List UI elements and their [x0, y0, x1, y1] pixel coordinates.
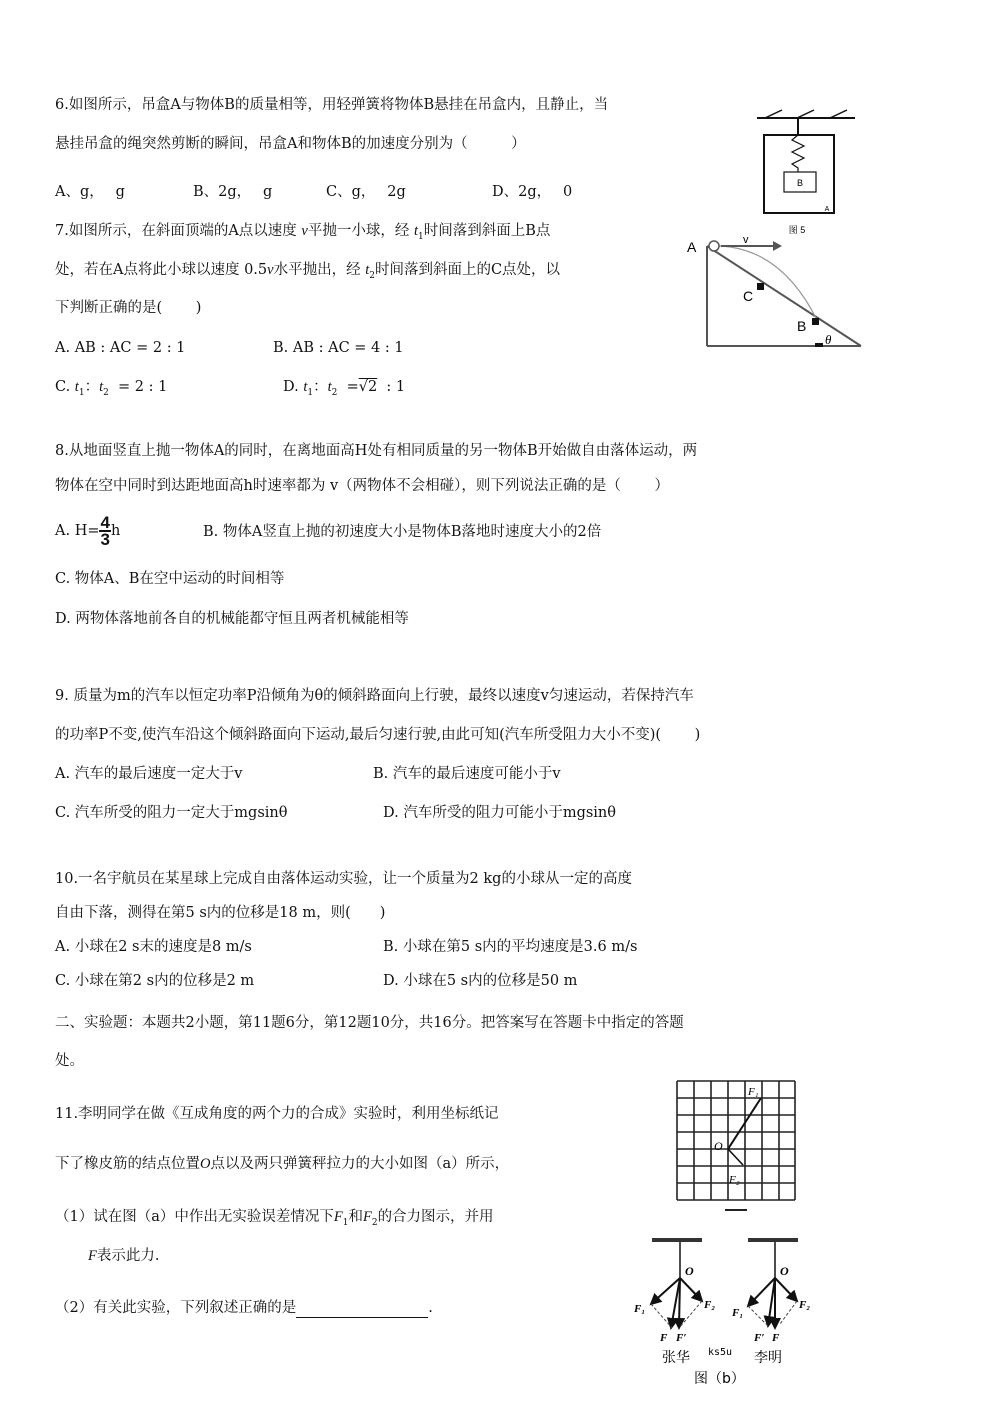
q11-and: 和: [348, 1209, 363, 1225]
q6-figure-hanging-box: B A 图 5: [755, 105, 860, 235]
q9-text-line2: 的功率P不变,使汽车沿这个倾斜路面向下运动,最后匀速行驶,由此可知(汽车所受阻力…: [55, 725, 700, 745]
q11-part1-line1: （1）试在图（a）中作出无实验误差情况下F1和F2的合力图示，并用: [55, 1207, 494, 1233]
q7-l2b: 水平抛出，经: [274, 262, 366, 278]
q6-text-line1: 6.如图所示，吊盒A与物体B的质量相等，用轻弹簧将物体B悬挂在吊盒内，且静止，当: [55, 95, 608, 115]
q8-text-line1: 8.从地面竖直上抛一物体A的同时，在离地面高H处有相同质量的另一物体B开始做自由…: [55, 441, 697, 461]
q7-fig-label-b: B: [797, 318, 806, 334]
q6-fig-block-label: B: [797, 178, 803, 188]
q10-option-a: A. 小球在2 s末的速度是8 m/s: [55, 937, 252, 957]
q11-part1-line2: F表示此力.: [88, 1246, 159, 1266]
q10-text-line1: 10.一名宇航员在某星球上完成自由落体运动实验，让一个质量为2 kg的小球从一定…: [55, 869, 632, 889]
q6-text-line2: 悬挂吊盒的绳突然剪断的瞬间，吊盒A和物体B的加速度分别为（ ）: [55, 134, 526, 154]
q11-figb-right-f2: F₂: [798, 1299, 810, 1311]
q7-optd-sqrt: √2: [359, 379, 377, 395]
q11-figb-right-fp: F′: [753, 1332, 764, 1344]
q7-optd-suffix: : 1: [386, 379, 405, 395]
q7-text-line3: 下判断正确的是( ): [55, 298, 201, 318]
q7-optd-prefix: D.: [283, 379, 299, 395]
q11-l2a: 下了橡皮筋的结点位置: [55, 1156, 200, 1172]
q7-fig-label-a: A: [687, 239, 697, 255]
q11-figb-right-f: F: [771, 1332, 780, 1344]
q11-l2b: 点以及两只弹簧秤拉力的大小如图（a）所示，: [210, 1156, 509, 1172]
q8-text-line2: 物体在空中同时到达距地面高h时速率都为 v（两物体不会相碰），则下列说法正确的是…: [55, 476, 669, 496]
q7-option-b: B. AB : AC = 4 : 1: [273, 338, 404, 358]
q11-var-f2: F: [363, 1209, 372, 1225]
q11-var-f: F: [88, 1248, 97, 1264]
q6-fig-caption: 图 5: [789, 225, 806, 235]
q11-var-o: O: [200, 1156, 210, 1172]
q6-option-a: A、g， g: [55, 182, 125, 202]
q9-text-line1: 9. 质量为m的汽车以恒定功率P沿倾角为θ的倾斜路面向上行驶，最终以速度v匀速运…: [55, 686, 694, 706]
q11-figb-left-name: 张华: [662, 1349, 690, 1366]
q7-text-line2: 处，若在A点将此小球以速度 0.5v水平抛出，经 t2时间落到斜面上的C点处，以: [55, 260, 560, 286]
q11-figb-left-f2: F₂: [703, 1299, 715, 1311]
q11-figb-right-name: 李明: [754, 1349, 782, 1366]
q7-optc-sub2: 2: [103, 388, 109, 398]
q7-optc-prefix: C.: [55, 379, 70, 395]
q11-p1a: （1）试在图（a）中作出无实验误差情况下: [55, 1209, 334, 1225]
q9-option-b: B. 汽车的最后速度可能小于v: [373, 764, 561, 784]
q10-option-b: B. 小球在第5 s内的平均速度是3.6 m/s: [383, 937, 637, 957]
q7-l2c: 时间落到斜面上的C点处，以: [375, 262, 560, 278]
q8-option-d: D. 两物体落地前各自的机械能都守恒且两者机械能相等: [55, 609, 409, 629]
q11-figb-left-fp: F′: [675, 1332, 686, 1344]
q7-fig-label-theta: θ: [825, 332, 832, 347]
q11-p1b: 的合力图示，并用: [378, 1209, 494, 1225]
section2-heading-line1: 二、实验题：本题共2小题，第11题6分，第12题10分，共16分。把答案写在答题…: [55, 1013, 684, 1033]
q10-option-d: D. 小球在5 s内的位移是50 m: [383, 971, 577, 991]
q11-p2-end: .: [428, 1300, 433, 1316]
q11-text-line2: 下了橡皮筋的结点位置O点以及两只弹簧秤拉力的大小如图（a）所示，: [55, 1154, 509, 1174]
q6-option-b: B、2g， g: [193, 182, 272, 202]
q8-option-c: C. 物体A、B在空中运动的时间相等: [55, 569, 284, 589]
q7-optc-colon: ：: [85, 379, 100, 395]
q7-l1c: 时间落到斜面上B点: [424, 223, 551, 239]
q11-figb-left-o: O: [685, 1264, 694, 1278]
q6-option-c: C、g， 2g: [326, 182, 406, 202]
q8-frac-den: 3: [99, 532, 110, 547]
q6-option-d: D、2g， 0: [492, 182, 572, 202]
q11-figa-label-f2: F₂: [728, 1174, 740, 1186]
q11-figa-label-f1: F₁: [747, 1086, 759, 1098]
q7-l1a: 7.如图所示，在斜面顶端的A点以速度: [55, 223, 301, 239]
q11-figb-right-o: O: [780, 1264, 789, 1278]
q11-figb-left-f1: F₁: [633, 1303, 645, 1315]
q7-fig-label-v: v: [743, 236, 749, 246]
q7-option-a: A. AB : AC = 2 : 1: [55, 338, 185, 358]
q7-text-line1: 7.如图所示，在斜面顶端的A点以速度 v平抛一小球，经 t1时间落到斜面上B点: [55, 221, 550, 247]
q11-p2-text: （2）有关此实验，下列叙述正确的是: [55, 1300, 296, 1316]
q7-figure-incline: A v C B θ: [685, 236, 865, 351]
q7-option-c: C. t1：t2 = 2 : 1: [55, 377, 167, 403]
q7-l1b: 平抛一小球，经: [308, 223, 414, 239]
q11-figb-right-f1: F₁: [731, 1307, 743, 1319]
q7-l2a: 处，若在A点将此小球以速度 0.5: [55, 262, 267, 278]
q11-var-f1: F: [334, 1209, 343, 1225]
q7-optd-colon: ：: [313, 379, 328, 395]
q11-text-line1: 11.李明同学在做《互成角度的两个力的合成》实验时，利用坐标纸记: [55, 1104, 499, 1124]
q6-fig-box-label: A: [825, 206, 830, 213]
section2-heading-line2: 处。: [55, 1051, 84, 1071]
q11-figb-watermark: ks5u: [708, 1347, 732, 1358]
q8-opta-fraction: 43: [99, 515, 110, 547]
q11-part2: （2）有关此实验，下列叙述正确的是.: [55, 1298, 433, 1318]
q11-figa-label-o: O: [714, 1139, 723, 1153]
q7-optc-suffix: = 2 : 1: [118, 379, 167, 395]
q10-option-c: C. 小球在第2 s内的位移是2 m: [55, 971, 254, 991]
q8-option-b: B. 物体A竖直上抛的初速度大小是物体B落地时速度大小的2倍: [203, 522, 601, 542]
q7-option-d: D. t1：t2 =√2 : 1: [283, 377, 405, 403]
q7-fig-label-c: C: [743, 288, 753, 304]
q11-figure-a-grid: F₁ O F₂: [675, 1079, 800, 1219]
q8-opta-suffix: h: [111, 523, 120, 539]
q11-figure-b: O F₁ F₂ F F′ 张华 O F₁ F₂ F′ F 李明 ks5u 图（b…: [622, 1228, 822, 1393]
q9-option-c: C. 汽车所受的阻力一定大于mgsinθ: [55, 803, 287, 823]
q9-option-d: D. 汽车所受的阻力可能小于mgsinθ: [383, 803, 616, 823]
q9-option-a: A. 汽车的最后速度一定大于v: [55, 764, 242, 784]
q11-answer-blank[interactable]: [296, 1301, 428, 1318]
q10-text-line2: 自由下落，测得在第5 s内的位移是18 m，则( ): [55, 903, 385, 923]
q7-optd-sub2: 2: [332, 388, 338, 398]
q11-p1-l2: 表示此力.: [97, 1248, 160, 1264]
q11-figb-left-f: F: [659, 1332, 668, 1344]
q8-opta-prefix: A. H=: [55, 523, 99, 539]
q8-option-a: A. H=43h: [55, 513, 120, 549]
q11-figb-caption: 图（b）: [694, 1371, 745, 1387]
